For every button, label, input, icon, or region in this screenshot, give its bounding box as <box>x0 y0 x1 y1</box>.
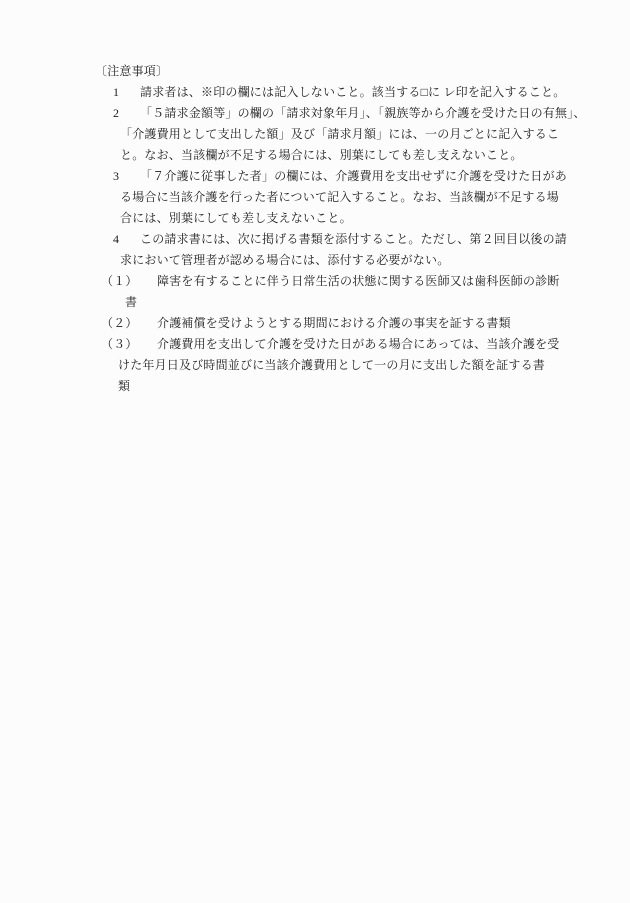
notice-subitem-3-cont-1: けた年月日及び時間並びに当該介護費用として一の月に支出した額を証する書 <box>95 355 595 376</box>
notice-item-2: 2「５請求金額等」の欄の「請求対象年月」、「親族等から介護を受けた日の有無」、 <box>95 103 595 124</box>
notice-item-3-cont-1: る場合に当該介護を行った者について記入すること。なお、当該欄が不足する場 <box>95 187 595 208</box>
notice-section: 〔注意事項〕 1請求者は、※印の欄には記入しないこと。該当する□に レ印を記入す… <box>95 61 595 397</box>
notice-subitem-1-cont-1: 書 <box>95 292 595 313</box>
item-2-text: 「５請求金額等」の欄の「請求対象年月」、「親族等から介護を受けた日の有無」、 <box>140 106 586 120</box>
item-1-number: 1 <box>113 82 140 103</box>
subitem-3-number: （３） <box>101 334 157 355</box>
notice-heading: 〔注意事項〕 <box>95 61 595 82</box>
document-page: 〔注意事項〕 1請求者は、※印の欄には記入しないこと。該当する□に レ印を記入す… <box>0 0 630 903</box>
notice-subitem-1: （１）障害を有することに伴う日常生活の状態に関する医師又は歯科医師の診断 <box>95 271 595 292</box>
subitem-2-text: 介護補償を受けようとする期間における介護の事実を証する書類 <box>157 316 511 330</box>
notice-item-4-cont-1: 求において管理者が認める場合には、添付する必要がない。 <box>95 250 595 271</box>
item-3-number: 3 <box>113 166 140 187</box>
notice-item-2-cont-2: と。なお、当該欄が不足する場合には、別葉にしても差し支えないこと。 <box>95 145 595 166</box>
subitem-2-number: （２） <box>101 313 157 334</box>
item-2-number: 2 <box>113 103 140 124</box>
notice-subitem-3: （３）介護費用を支出して介護を受けた日がある場合にあっては、当該介護を受 <box>95 334 595 355</box>
item-4-text: この請求書には、次に掲げる書類を添付すること。ただし、第２回目以後の請 <box>140 232 567 246</box>
notice-item-4: 4この請求書には、次に掲げる書類を添付すること。ただし、第２回目以後の請 <box>95 229 595 250</box>
item-3-text: 「７介護に従事した者」の欄には、介護費用を支出せずに介護を受けた日があ <box>140 169 567 183</box>
notice-item-3: 3「７介護に従事した者」の欄には、介護費用を支出せずに介護を受けた日があ <box>95 166 595 187</box>
subitem-1-text: 障害を有することに伴う日常生活の状態に関する医師又は歯科医師の診断 <box>157 274 560 288</box>
notice-item-3-cont-2: 合には、別葉にしても差し支えないこと。 <box>95 208 595 229</box>
item-4-number: 4 <box>113 229 140 250</box>
notice-subitem-2: （２）介護補償を受けようとする期間における介護の事実を証する書類 <box>95 313 595 334</box>
subitem-3-text: 介護費用を支出して介護を受けた日がある場合にあっては、当該介護を受 <box>157 337 559 351</box>
subitem-1-number: （１） <box>101 271 157 292</box>
notice-subitem-3-cont-2: 類 <box>95 376 595 397</box>
notice-item-1: 1請求者は、※印の欄には記入しないこと。該当する□に レ印を記入すること。 <box>95 82 595 103</box>
notice-item-2-cont-1: 「介護費用として支出した額」及び「請求月額」には、一の月ごとに記入するこ <box>95 124 595 145</box>
item-1-text: 請求者は、※印の欄には記入しないこと。該当する□に レ印を記入すること。 <box>140 85 565 99</box>
